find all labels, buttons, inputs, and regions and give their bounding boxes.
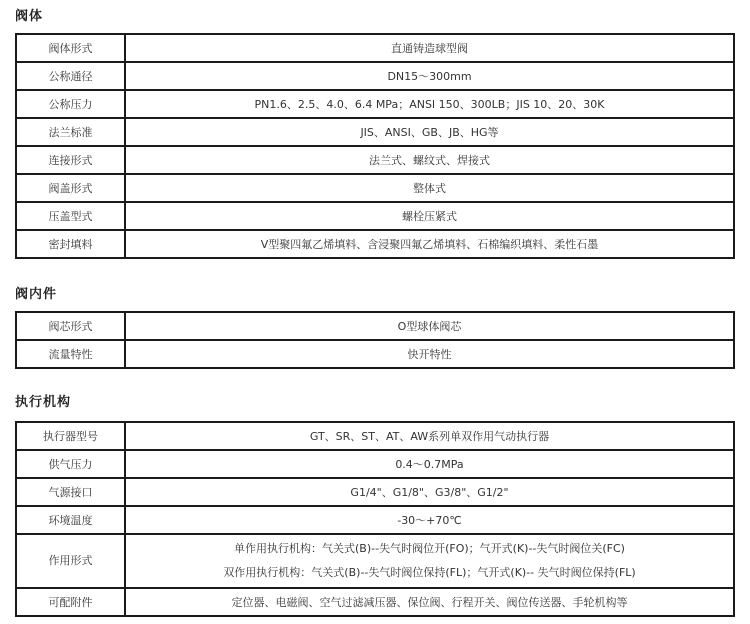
row-label: 密封填料	[16, 230, 125, 258]
row-value: V型聚四氟乙烯填料、含浸聚四氟乙烯填料、石棉编织填料、柔性石墨	[125, 230, 734, 258]
row-label: 执行器型号	[16, 422, 125, 450]
row-value: G1/4"、G1/8"、G3/8"、G1/2"	[125, 478, 734, 506]
table-row: 密封填料 V型聚四氟乙烯填料、含浸聚四氟乙烯填料、石棉编织填料、柔性石墨	[16, 230, 734, 258]
action-type-single: 单作用执行机构：气关式(B)--失气时阀位开(FO)；气开式(K)--失气时阀位…	[130, 537, 729, 561]
row-label: 阀体形式	[16, 34, 125, 62]
row-value: 螺栓压紧式	[125, 202, 734, 230]
row-value: 定位器、电磁阀、空气过滤减压器、保位阀、行程开关、阀位传送器、手轮机构等	[125, 588, 734, 616]
row-label: 作用形式	[16, 534, 125, 588]
row-value: PN1.6、2.5、4.0、6.4 MPa；ANSI 150、300LB；JIS…	[125, 90, 734, 118]
row-value: 快开特性	[125, 340, 734, 368]
row-value: 0.4～0.7MPa	[125, 450, 734, 478]
action-type-double: 双作用执行机构：气关式(B)--失气时阀位保持(FL)；气开式(K)-- 失气时…	[130, 561, 729, 585]
table-row: 作用形式 单作用执行机构：气关式(B)--失气时阀位开(FO)；气开式(K)--…	[16, 534, 734, 588]
row-label: 环境温度	[16, 506, 125, 534]
row-value: 法兰式、螺纹式、焊接式	[125, 146, 734, 174]
valve-trim-spec-table: 阀芯形式 O型球体阀芯 流量特性 快开特性	[15, 311, 735, 369]
row-label: 供气压力	[16, 450, 125, 478]
row-label: 公称压力	[16, 90, 125, 118]
section-title-valve-body: 阀体	[15, 5, 43, 24]
table-row: 环境温度 -30～+70℃	[16, 506, 734, 534]
actuator-spec-table: 执行器型号 GT、SR、ST、AT、AW系列单双作用气动执行器 供气压力 0.4…	[15, 421, 735, 617]
table-row: 气源接口 G1/4"、G1/8"、G3/8"、G1/2"	[16, 478, 734, 506]
table-row: 公称通径 DN15～300mm	[16, 62, 734, 90]
row-value: O型球体阀芯	[125, 312, 734, 340]
row-label: 连接形式	[16, 146, 125, 174]
table-row: 连接形式 法兰式、螺纹式、焊接式	[16, 146, 734, 174]
table-row: 压盖型式 螺栓压紧式	[16, 202, 734, 230]
row-label: 压盖型式	[16, 202, 125, 230]
row-label: 公称通径	[16, 62, 125, 90]
table-row: 公称压力 PN1.6、2.5、4.0、6.4 MPa；ANSI 150、300L…	[16, 90, 734, 118]
table-row: 阀芯形式 O型球体阀芯	[16, 312, 734, 340]
row-value: JIS、ANSI、GB、JB、HG等	[125, 118, 734, 146]
row-value: -30～+70℃	[125, 506, 734, 534]
row-label: 法兰标准	[16, 118, 125, 146]
table-row: 阀体形式 直通铸造球型阀	[16, 34, 734, 62]
row-label: 流量特性	[16, 340, 125, 368]
row-label: 阀盖形式	[16, 174, 125, 202]
row-label: 阀芯形式	[16, 312, 125, 340]
row-value: 直通铸造球型阀	[125, 34, 734, 62]
row-value-multiline: 单作用执行机构：气关式(B)--失气时阀位开(FO)；气开式(K)--失气时阀位…	[125, 534, 734, 588]
valve-body-spec-table: 阀体形式 直通铸造球型阀 公称通径 DN15～300mm 公称压力 PN1.6、…	[15, 33, 735, 259]
table-row: 流量特性 快开特性	[16, 340, 734, 368]
section-title-valve-trim: 阀内件	[15, 283, 57, 302]
row-value: GT、SR、ST、AT、AW系列单双作用气动执行器	[125, 422, 734, 450]
table-row: 可配附件 定位器、电磁阀、空气过滤减压器、保位阀、行程开关、阀位传送器、手轮机构…	[16, 588, 734, 616]
table-row: 供气压力 0.4～0.7MPa	[16, 450, 734, 478]
table-row: 执行器型号 GT、SR、ST、AT、AW系列单双作用气动执行器	[16, 422, 734, 450]
row-value: DN15～300mm	[125, 62, 734, 90]
row-label: 气源接口	[16, 478, 125, 506]
row-value: 整体式	[125, 174, 734, 202]
section-title-actuator: 执行机构	[15, 391, 71, 410]
table-row: 阀盖形式 整体式	[16, 174, 734, 202]
row-label: 可配附件	[16, 588, 125, 616]
table-row: 法兰标准 JIS、ANSI、GB、JB、HG等	[16, 118, 734, 146]
